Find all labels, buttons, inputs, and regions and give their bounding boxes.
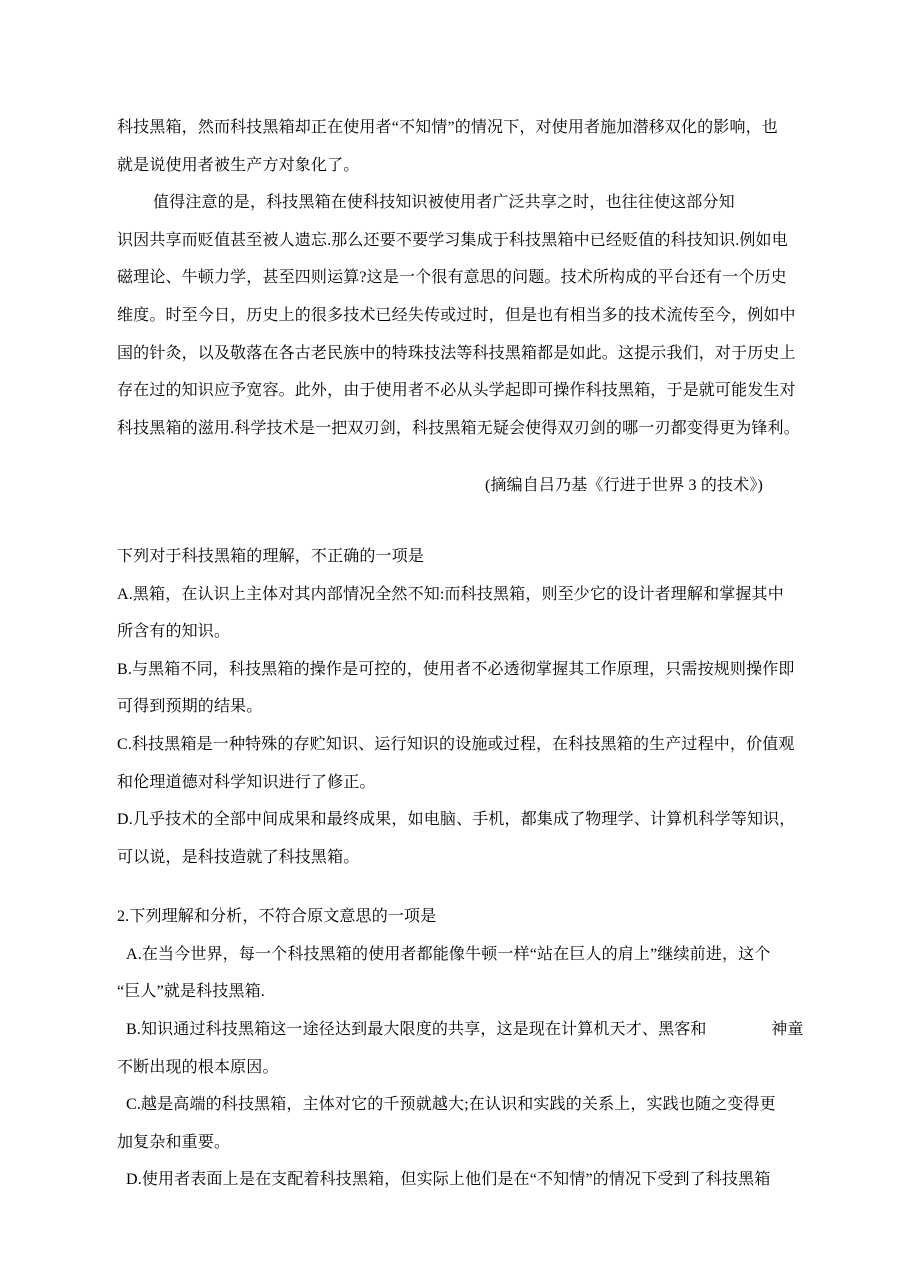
document-content: 科技黑箱，然而科技黑箱却正在使用者“不知情”的情况下，对使用者施加潜移双化的影响… <box>117 109 799 1199</box>
text-line: A.黑箱，在认识上主体对其内部情况全然不知:而科技黑箱，则至少它的设计者理解和掌… <box>117 576 799 614</box>
text-line: B.与黑箱不同，科技黑箱的操作是可控的，使用者不必透彻掌握其工作原理，只需按规则… <box>117 651 799 689</box>
text-line: 磁理论、牛顿力学，甚至四则运算?这是一个很有意思的问题。技术所构成的平台还有一个… <box>117 259 799 297</box>
q2-option-b: B.知识通过科技黑箱这一途径达到最大限度的共享，这是现在计算机天才、黑客和 神童… <box>117 1011 799 1086</box>
q1-option-c: C.科技黑箱是一种特殊的存贮知识、运行知识的设施或过程，在科技黑箱的生产过程中，… <box>117 726 799 801</box>
q2-option-a: A.在当今世界，每一个科技黑箱的使用者都能像牛顿一样“站在巨人的肩上”继续前进，… <box>117 936 799 1011</box>
text-line: D.几乎技术的全部中间成果和最终成果，如电脑、手机，都集成了物理学、计算机科学等… <box>117 801 799 839</box>
q2-option-c: C.越是高端的科技黑箱，主体对它的千预就越大;在认识和实践的关系上，实践也随之变… <box>117 1086 799 1161</box>
text-line: 存在过的知识应予宽容。此外，由于使用者不必从头学起即可操作科技黑箱，于是就可能发… <box>117 372 799 410</box>
text-line: 科技黑箱，然而科技黑箱却正在使用者“不知情”的情况下，对使用者施加潜移双化的影响… <box>117 109 799 147</box>
q2-option-d: D.使用者表面上是在支配着科技黑箱，但实际上他们是在“不知情”的情况下受到了科技… <box>117 1161 799 1199</box>
text-line: 识因共享而贬值甚至被人遗忘.那么还要不要学习集成于科技黑箱中已经贬值的科技知识.… <box>117 222 799 260</box>
text-line: 所含有的知识。 <box>117 613 799 651</box>
text-line: 可得到预期的结果。 <box>117 688 799 726</box>
text-line: B.知识通过科技黑箱这一途径达到最大限度的共享，这是现在计算机天才、黑客和 神童 <box>117 1011 799 1049</box>
text-line: (摘编自吕乃基《行进于世界 3 的技术》) <box>117 467 763 505</box>
text-line: A.在当今世界，每一个科技黑箱的使用者都能像牛顿一样“站在巨人的肩上”继续前进，… <box>117 936 799 974</box>
text-line: C.科技黑箱是一种特殊的存贮知识、运行知识的设施或过程，在科技黑箱的生产过程中，… <box>117 726 799 764</box>
q1-option-a: A.黑箱，在认识上主体对其内部情况全然不知:而科技黑箱，则至少它的设计者理解和掌… <box>117 576 799 651</box>
text-line: 2.下列理解和分析，不符合原文意思的一项是 <box>117 898 799 936</box>
text-line: 加复杂和重要。 <box>117 1124 799 1162</box>
text-line: 可以说，是科技造就了科技黑箱。 <box>117 839 799 877</box>
text-line: 就是说使用者被生产方对象化了。 <box>117 147 799 185</box>
text-line: 和伦理道德对科学知识进行了修正。 <box>117 764 799 802</box>
text-line: 科技黑箱的滋用.科学技术是一把双刃剑，科技黑箱无疑会使得双刃剑的哪一刃都变得更为… <box>117 410 799 448</box>
text-line: “巨人”就是科技黑箱. <box>117 973 799 1011</box>
document-page: 科技黑箱，然而科技黑箱却正在使用者“不知情”的情况下，对使用者施加潜移双化的影响… <box>0 0 910 1287</box>
q2-stem: 2.下列理解和分析，不符合原文意思的一项是 <box>117 898 799 936</box>
intro-continuation: 科技黑箱，然而科技黑箱却正在使用者“不知情”的情况下，对使用者施加潜移双化的影响… <box>117 109 799 184</box>
text-line: 不断出现的根本原因。 <box>117 1049 799 1087</box>
q1-option-b: B.与黑箱不同，科技黑箱的操作是可控的，使用者不必透彻掌握其工作原理，只需按规则… <box>117 651 799 726</box>
text-line: 国的针灸，以及敬落在各古老民族中的特珠技法等科技黑箱都是如此。这提示我们，对于历… <box>117 335 799 373</box>
text-line: 维度。时至今日，历史上的很多技术已经失传或过时，但是也有相当多的技术流传至今，例… <box>117 297 799 335</box>
attribution: (摘编自吕乃基《行进于世界 3 的技术》) <box>117 467 799 505</box>
paragraph-notable: 值得注意的是，科技黑箱在使科技知识被使用者广泛共享之时，也往往使这部分知识因共享… <box>117 184 799 447</box>
text-line: C.越是高端的科技黑箱，主体对它的千预就越大;在认识和实践的关系上，实践也随之变… <box>117 1086 799 1124</box>
text-line: 值得注意的是，科技黑箱在使科技知识被使用者广泛共享之时，也往往使这部分知 <box>117 184 799 222</box>
text-line: D.使用者表面上是在支配着科技黑箱，但实际上他们是在“不知情”的情况下受到了科技… <box>117 1161 799 1199</box>
q1-option-d: D.几乎技术的全部中间成果和最终成果，如电脑、手机，都集成了物理学、计算机科学等… <box>117 801 799 876</box>
q1-stem: 下列对于科技黑箱的理解，不正确的一项是 <box>117 538 799 576</box>
text-line: 下列对于科技黑箱的理解，不正确的一项是 <box>117 538 799 576</box>
